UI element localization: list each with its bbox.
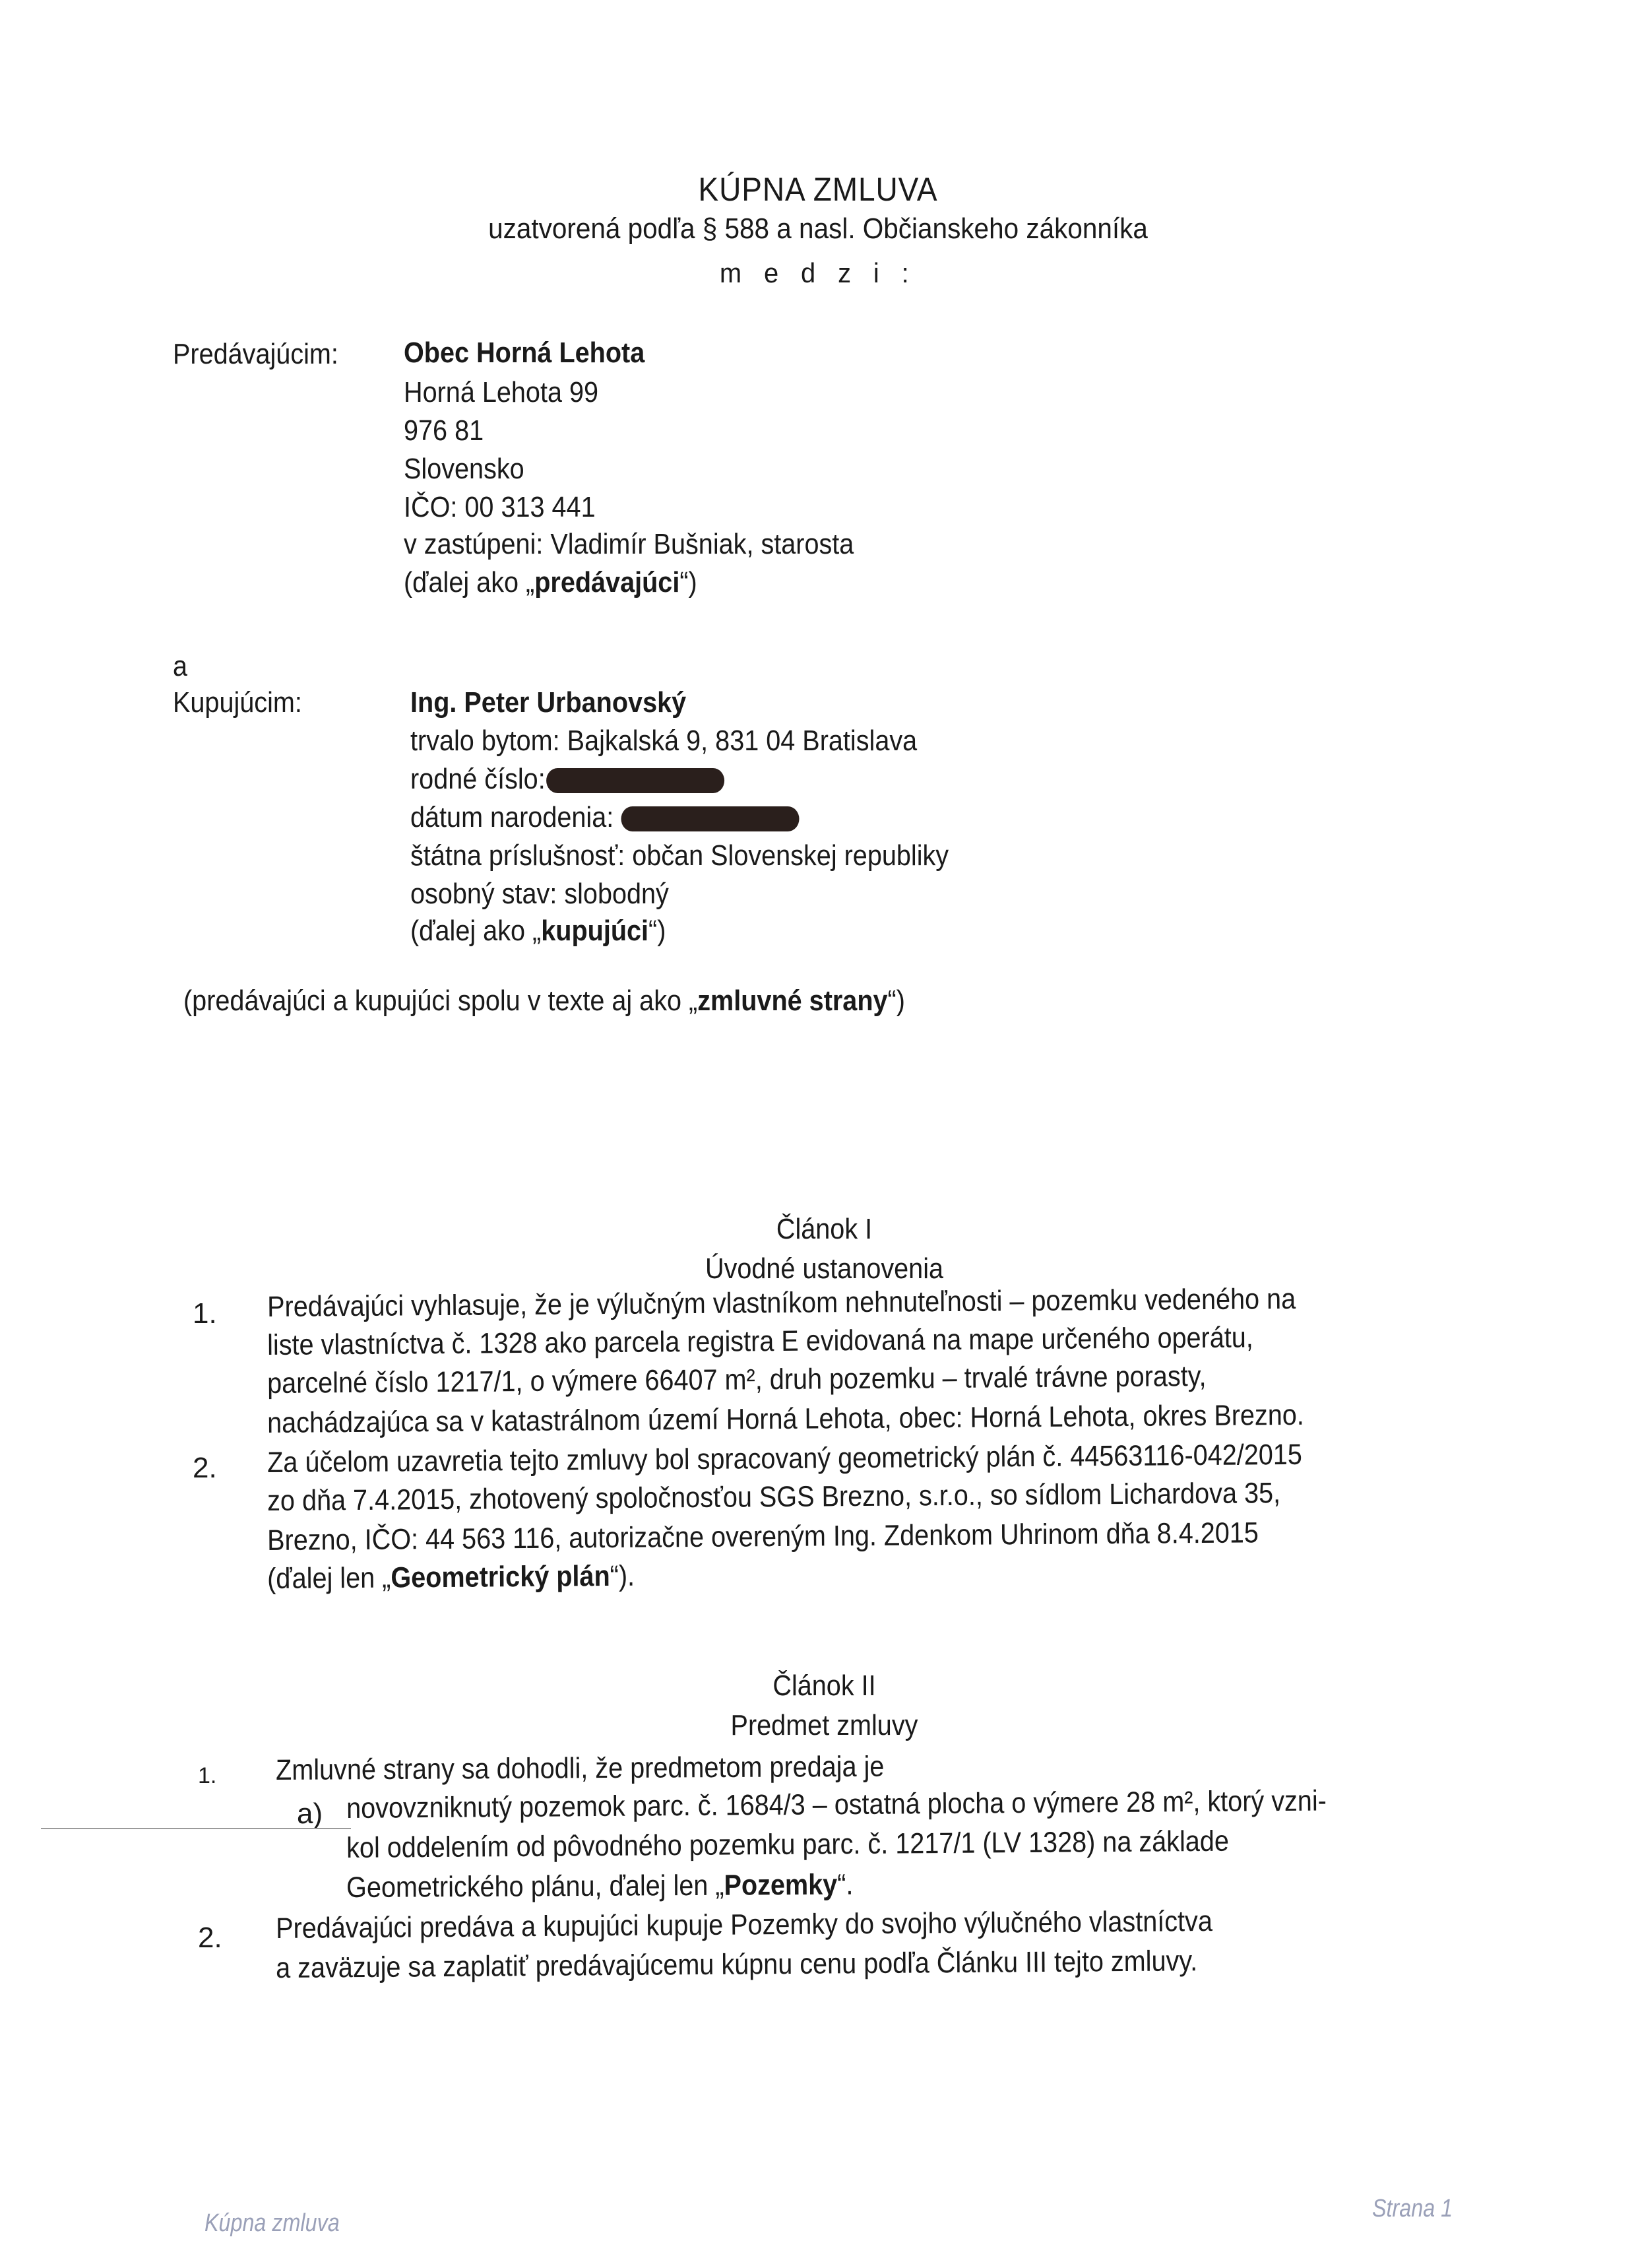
- article-1-item-1-line-3: parcelné číslo 1217/1, o výmere 66407 m²…: [267, 1360, 1207, 1400]
- buyer-marital-status: osobný stav: slobodný: [410, 878, 669, 911]
- article-2-item-2-line-1: Predávajúci predáva a kupujúci kupuje Po…: [276, 1905, 1212, 1945]
- redaction-mark: [547, 768, 725, 793]
- seller-representative: v zastúpeni: Vladimír Bušniak, starosta: [404, 528, 854, 561]
- contract-page: KÚPNA ZMLUVA uzatvorená podľa § 588 a na…: [0, 0, 1636, 2268]
- scan-artifact-line: [41, 1828, 351, 1829]
- buyer-label: Kupujúcim:: [173, 686, 302, 719]
- footer-page-number: Strana 1: [1372, 2195, 1453, 2223]
- document-title: KÚPNA ZMLUVA: [65, 170, 1571, 209]
- buyer-name: Ing. Peter Urbanovský: [410, 686, 686, 719]
- article-1-number: Článok I: [82, 1213, 1561, 1246]
- buyer-birth-number: rodné číslo:: [410, 763, 725, 796]
- article-1-item-1-line-4: nachádzajúca sa v katastrálnom území Hor…: [267, 1399, 1304, 1440]
- seller-label: Predávajúcim:: [173, 338, 338, 371]
- article-2-item-2-line-2: a zaväzuje sa zaplatiť predávajúcemu kúp…: [276, 1945, 1197, 1985]
- buyer-alias: (ďalej ako „kupujúci“): [410, 915, 666, 948]
- seller-address-street: Horná Lehota 99: [404, 376, 598, 409]
- article-2-item-1-marker: 1.: [198, 1763, 216, 1789]
- article-1-item-1-line-2: liste vlastníctva č. 1328 ako parcela re…: [267, 1321, 1253, 1362]
- seller-alias: (ďalej ako „predávajúci“): [404, 566, 697, 599]
- footer-document-name: Kúpna zmluva: [204, 2209, 340, 2238]
- between-label: m e d z i :: [41, 257, 1595, 289]
- parties-note: (predávajúci a kupujúci spolu v texte aj…: [183, 985, 905, 1018]
- article-1-item-2-line-2: zo dňa 7.4.2015, zhotovený spoločnosťou …: [267, 1477, 1280, 1518]
- article-2-item-1a-line-3: Geometrického plánu, ďalej len „Pozemky“…: [346, 1869, 854, 1904]
- article-1-item-1-line-1: Predávajúci vyhlasuje, že je výlučným vl…: [267, 1283, 1296, 1324]
- buyer-citizenship: štátna príslušnosť: občan Slovenskej rep…: [410, 839, 949, 872]
- seller-alias-term: predávajúci: [534, 566, 679, 599]
- article-1-heading: Úvodné ustanovenia: [82, 1252, 1561, 1285]
- article-2-number: Článok II: [82, 1669, 1561, 1702]
- document-subtitle: uzatvorená podľa § 588 a nasl. Občianske…: [65, 212, 1571, 245]
- buyer-address: trvalo bytom: Bajkalská 9, 831 04 Bratis…: [410, 725, 917, 758]
- article-1-item-2-marker: 2.: [193, 1452, 217, 1485]
- seller-country: Slovensko: [404, 453, 524, 486]
- buyer-birth-date: dátum narodenia:: [410, 801, 799, 834]
- article-1-item-1-marker: 1.: [193, 1297, 217, 1330]
- article-2-item-2-marker: 2.: [198, 1922, 222, 1955]
- article-1-item-2-line-3: Brezno, IČO: 44 563 116, autorizačne ove…: [267, 1516, 1259, 1557]
- article-2-item-1-line-1: Zmluvné strany sa dohodli, že predmetom …: [276, 1751, 884, 1787]
- article-1-item-2-line-1: Za účelom uzavretia tejto zmluvy bol spr…: [267, 1439, 1302, 1479]
- article-2-item-1a-line-1: novovzniknutý pozemok parc. č. 1684/3 – …: [346, 1784, 1327, 1825]
- redaction-mark: [621, 806, 799, 831]
- article-2-heading: Predmet zmluvy: [82, 1709, 1561, 1742]
- article-2-item-1a-line-2: kol oddelením od pôvodného pozemku parc.…: [346, 1825, 1229, 1865]
- buyer-alias-term: kupujúci: [541, 915, 648, 947]
- article-1-item-2-line-4: (ďalej len „Geometrický plán“).: [267, 1560, 635, 1596]
- article-2-item-1a-marker: a): [297, 1798, 323, 1831]
- seller-ico: IČO: 00 313 441: [404, 491, 596, 524]
- seller-name: Obec Horná Lehota: [404, 337, 645, 370]
- conjunction: a: [173, 650, 187, 683]
- seller-postal-code: 976 81: [404, 414, 484, 447]
